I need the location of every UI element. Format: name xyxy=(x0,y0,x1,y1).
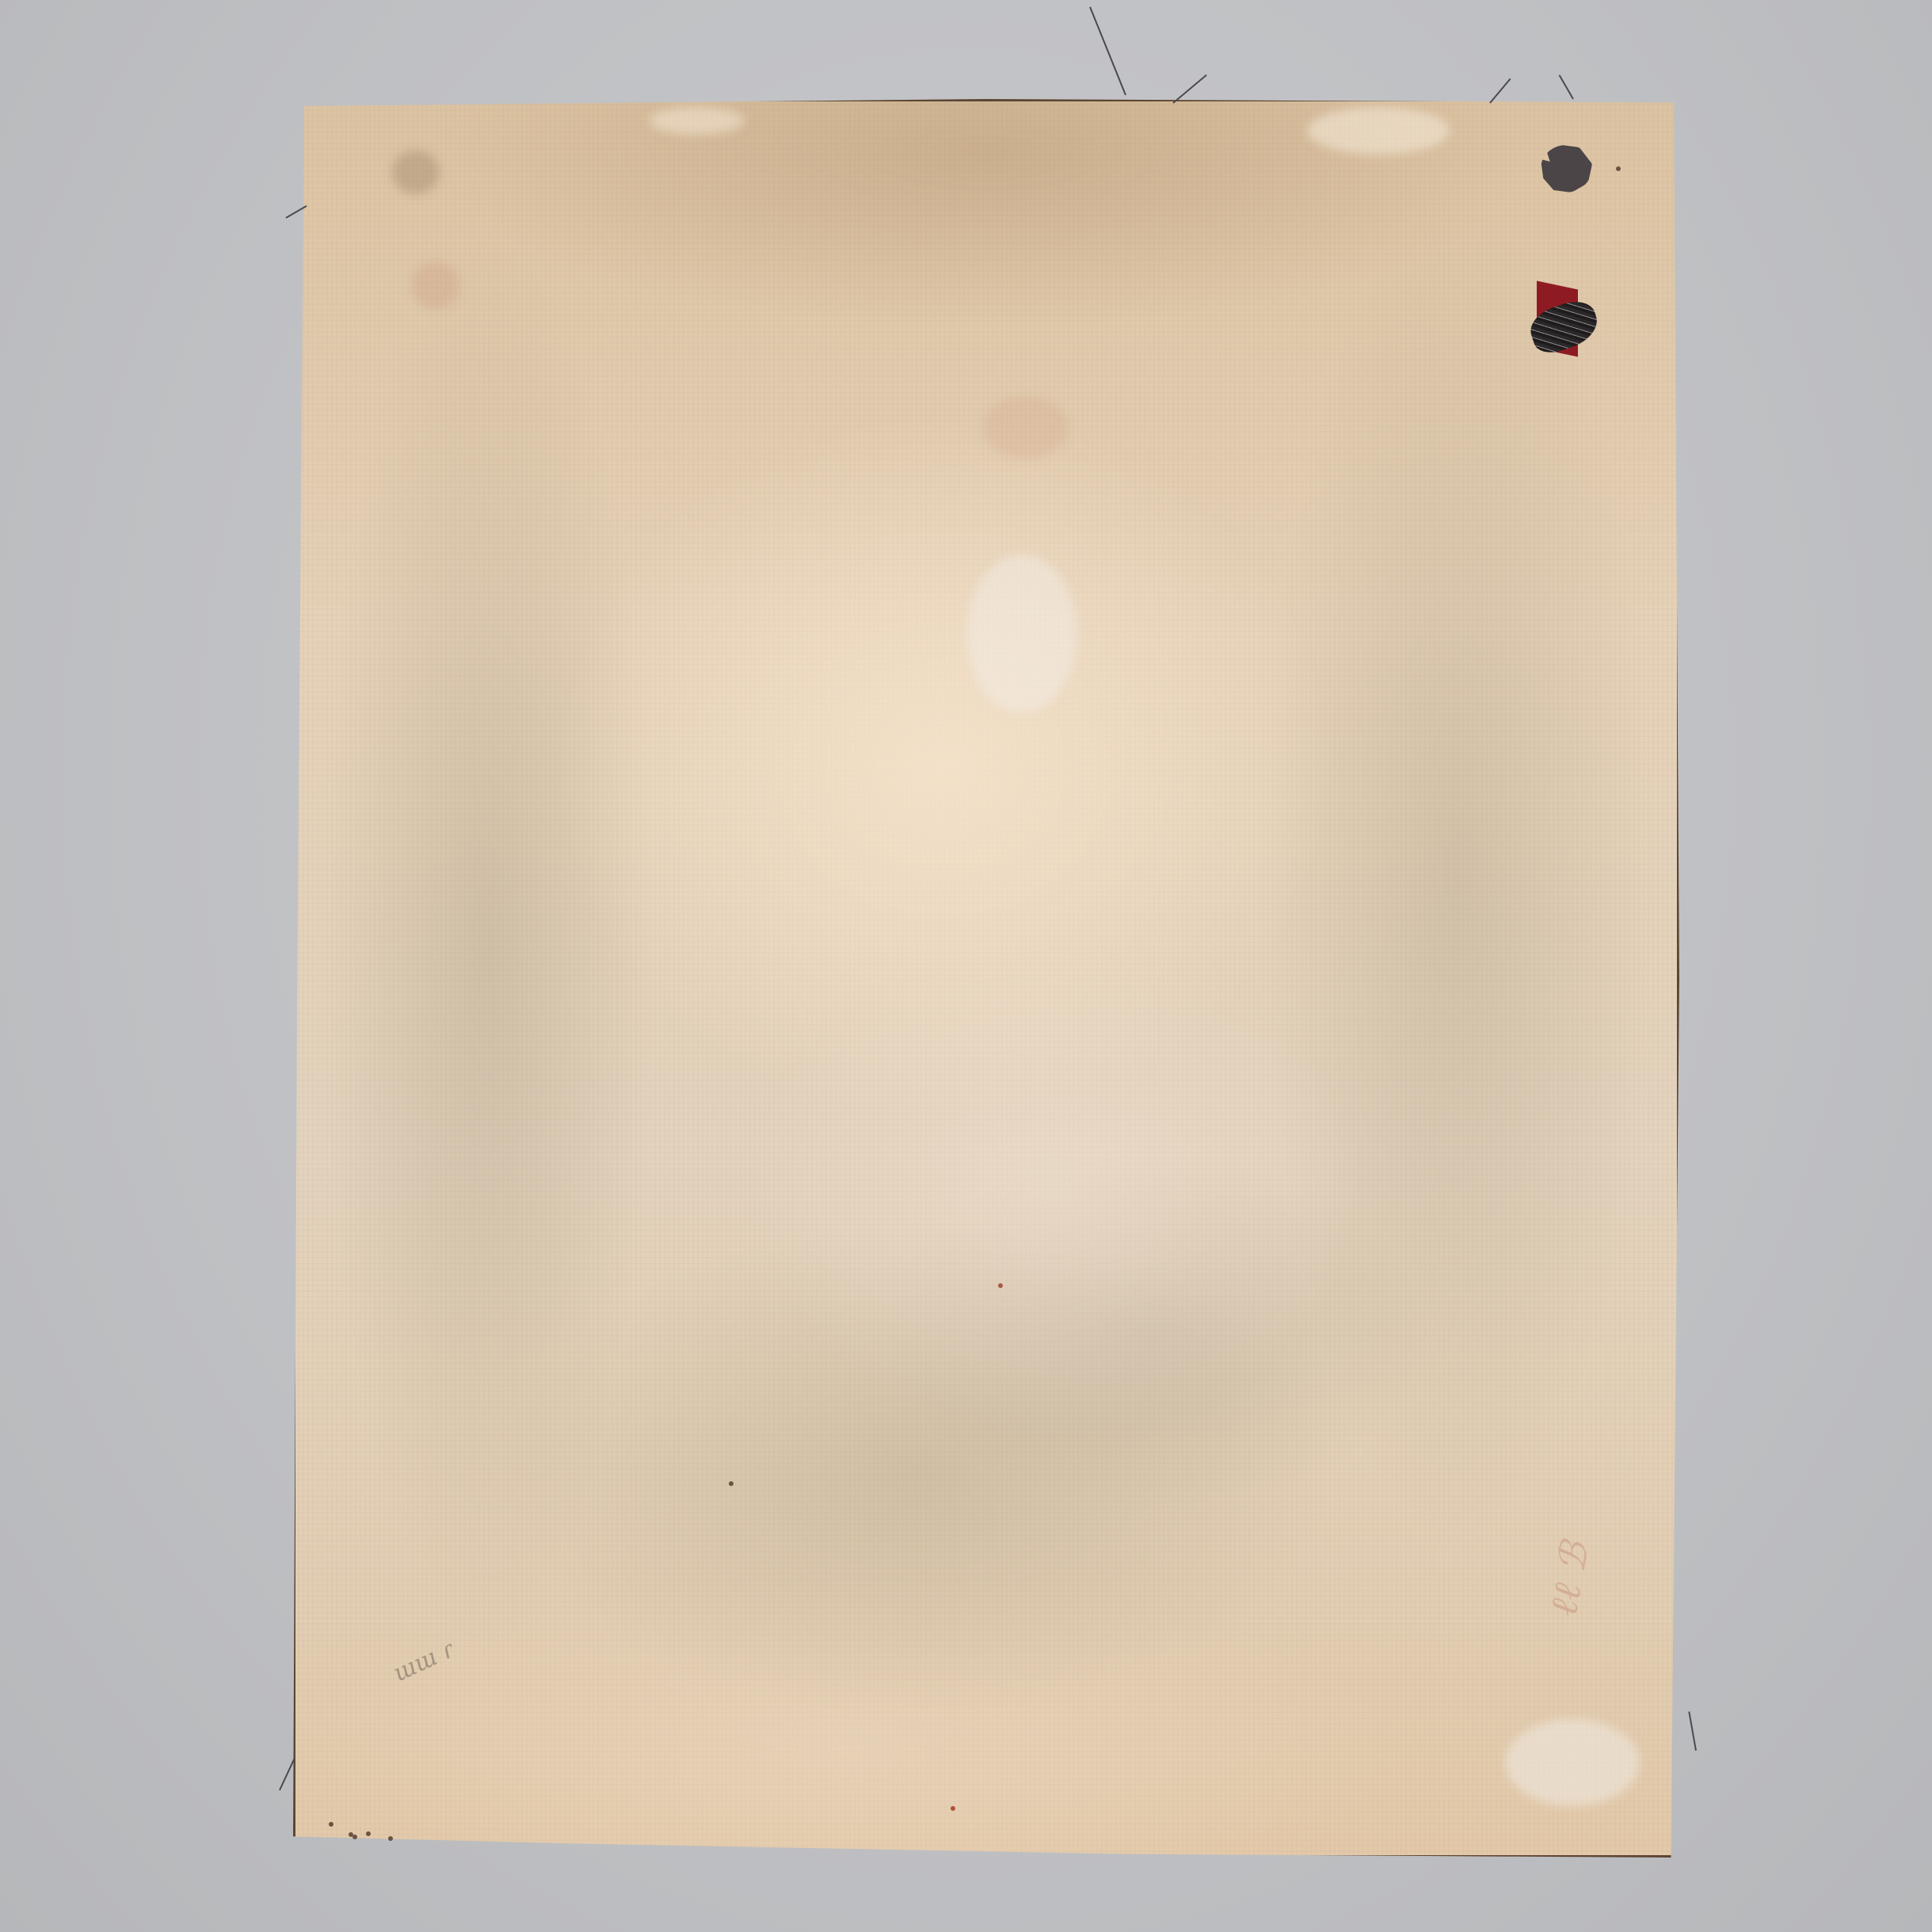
loose-thread-top-right xyxy=(1489,78,1511,104)
stain-mid xyxy=(982,396,1069,459)
speck xyxy=(388,1836,393,1841)
loose-thread-top-1 xyxy=(1089,6,1126,95)
speck xyxy=(1616,166,1621,171)
loose-thread-left-bottom xyxy=(279,1758,295,1791)
speck xyxy=(366,1831,371,1836)
speck xyxy=(729,1481,734,1486)
speck xyxy=(951,1806,955,1811)
stain-bottom-right-light xyxy=(1505,1719,1640,1806)
loose-thread-right-bottom xyxy=(1688,1712,1697,1751)
loose-thread-top-2 xyxy=(1172,74,1206,104)
stain-top-left xyxy=(392,151,440,194)
speck xyxy=(998,1283,1003,1288)
loose-thread-top-right-2 xyxy=(1559,74,1574,99)
stain-center-light xyxy=(966,554,1077,713)
stain-top-strip xyxy=(1307,107,1450,154)
speck xyxy=(329,1822,333,1827)
speck xyxy=(352,1835,357,1839)
photo-scene: ℓℓ ℬ ɯɯ ɾ xyxy=(0,0,1932,1932)
aged-canvas-reverse xyxy=(293,99,1679,1858)
stain-top-strip-2 xyxy=(650,107,745,135)
stain-top-left-2 xyxy=(412,261,459,309)
